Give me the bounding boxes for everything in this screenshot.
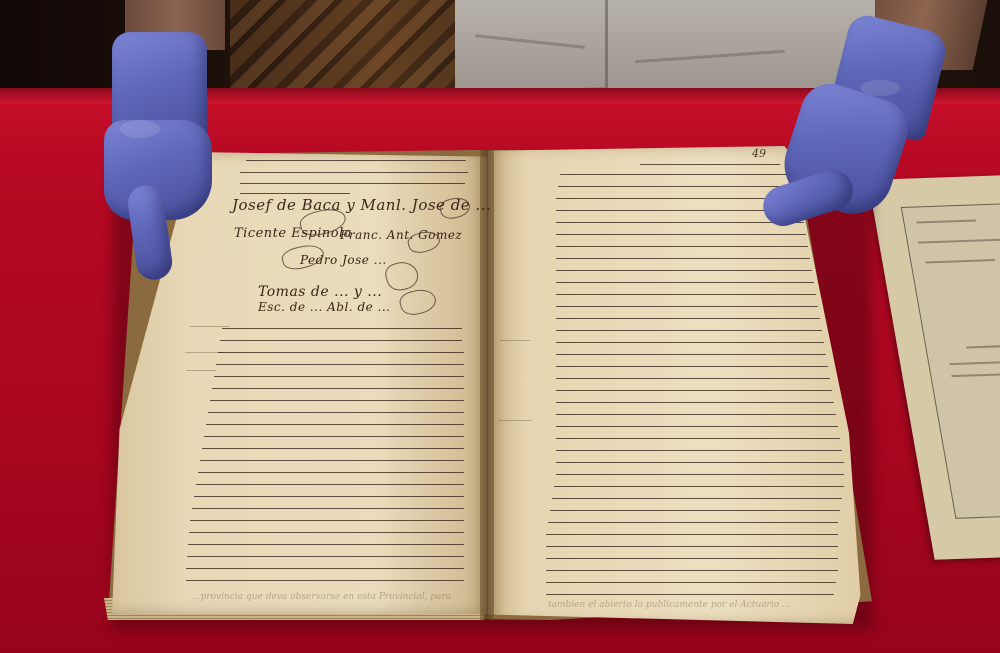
signature: Tomas de ... y ... xyxy=(258,284,382,300)
page-number: 49 xyxy=(752,147,766,160)
book-gutter xyxy=(480,150,494,620)
right-page-last-line: tambien el abierto lo publicamente por e… xyxy=(548,600,791,610)
left-page-last-line: ...provincia que deva observarse en esta… xyxy=(192,592,451,602)
signature: Franc. Ant. Gomez xyxy=(340,228,462,242)
photo-scene: Josef de Baca y Manl. Jose de ... Ticent… xyxy=(0,0,1000,653)
signature: Esc. de ... Abl. de ... xyxy=(258,300,390,314)
